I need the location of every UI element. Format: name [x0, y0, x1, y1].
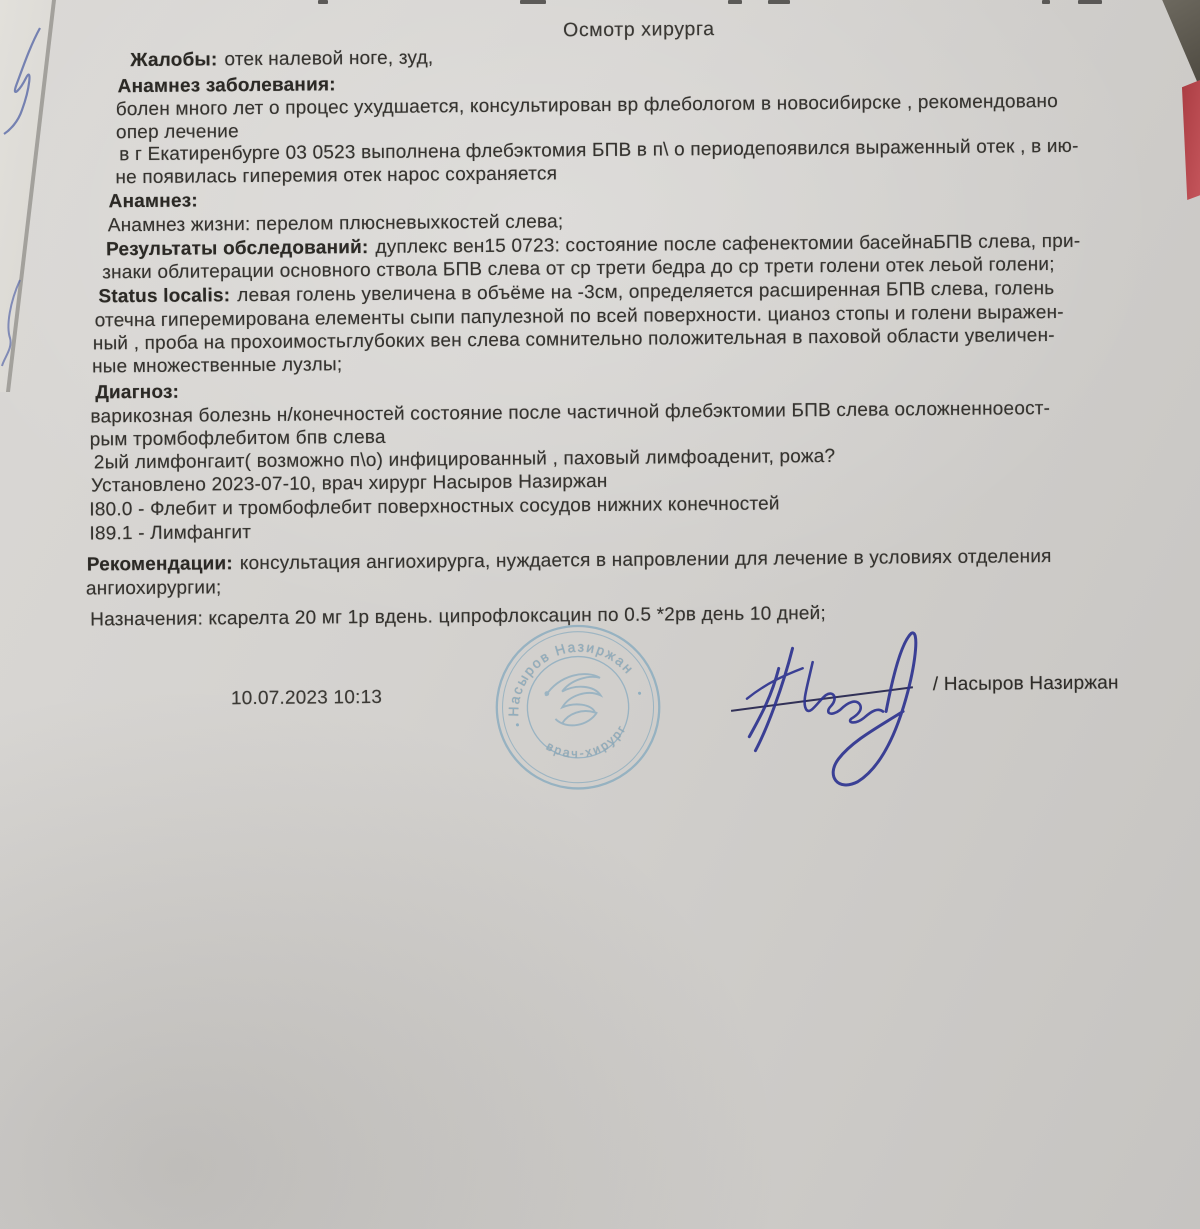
- document-body: Осмотр хирурга Жалобы:отек налевой ноге,…: [0, 0, 1200, 1229]
- complaints-text: отек налевой ноге, зуд,: [224, 47, 433, 70]
- recommendations-label: Рекомендации:: [87, 553, 233, 575]
- status-localis-line-4: ные множественные лузлы;: [92, 354, 342, 378]
- anamnesis-life-line: Анамнез жизни: перелом плюсневыхкостей с…: [108, 211, 564, 237]
- complaints-label: Жалобы:: [130, 49, 217, 71]
- recommendations-line-2: ангиохирургии;: [86, 577, 222, 600]
- diagnosis-label: Диагноз:: [95, 382, 179, 405]
- anamnesis-disease-line-4: не появилась гиперемия отек нарос сохран…: [115, 163, 557, 189]
- anamnesis-disease-line-3: в г Екатиренбурге 03 0523 выполнена флеб…: [119, 136, 1079, 166]
- status-localis-label: Status localis:: [98, 285, 230, 307]
- doctor-stamp: Насыров Назиржан врач-хирург: [489, 620, 666, 794]
- anamnesis-label: Анамнез:: [109, 191, 198, 214]
- recommendations-line-1: Рекомендации:консультация ангиохирурга, …: [87, 546, 1052, 576]
- complaints-line: Жалобы:отек налевой ноге, зуд,: [130, 47, 433, 72]
- signature-name: / Насыров Назиржан: [933, 672, 1119, 696]
- stamp-emblem-caduceus: [542, 669, 610, 731]
- diagnosis-line-2: рым тромбофлебитом бпв слева: [90, 427, 386, 452]
- page-title: Осмотр хирурга: [563, 18, 715, 42]
- icd-code-line-1: I80.0 - Флебит и тромбофлебит поверхност…: [89, 493, 780, 521]
- diagnosis-line-1: варикозная болезнь н/конечностей состоян…: [90, 398, 1050, 428]
- exam-datetime: 10.07.2023 10:13: [231, 687, 382, 710]
- exam-results-label: Результаты обследований:: [106, 237, 369, 260]
- document-photo: Осмотр хирурга Жалобы:отек налевой ноге,…: [0, 0, 1200, 1229]
- anamnesis-disease-line-2: опер лечение: [116, 121, 239, 144]
- stamp-bottom-text: врач-хирург: [541, 719, 634, 770]
- anamnesis-disease-label: Анамнез заболевания:: [118, 74, 336, 98]
- signature: [678, 603, 944, 815]
- icd-code-line-2: I89.1 - Лимфангит: [89, 522, 251, 545]
- svg-text:врач-хирург: врач-хирург: [541, 719, 634, 770]
- diagnosis-established-line: Установлено 2023-07-10, врач хирург Насы…: [91, 471, 608, 498]
